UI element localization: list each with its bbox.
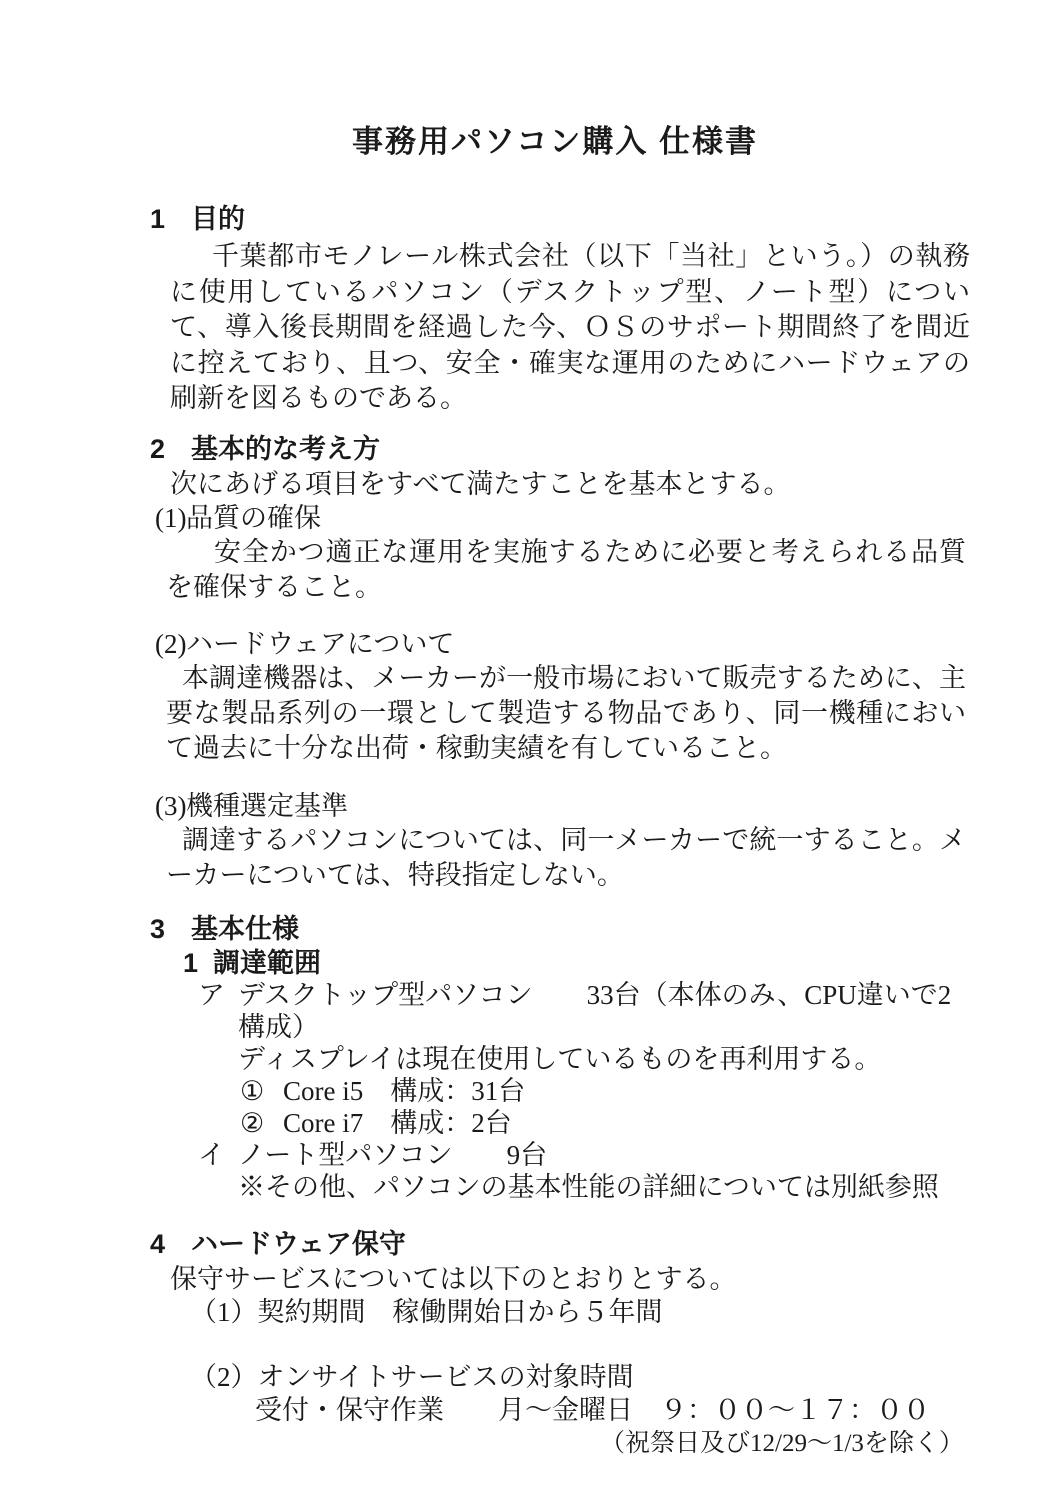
list-item: (2) ハードウェアについて 本調達機器は、メーカーが一般市場において販売するた… — [150, 627, 970, 766]
item-text: デスクトップ型パソコン 33台（本体のみ、CPU違いで2構成） — [238, 979, 970, 1043]
item-label: ア — [198, 979, 238, 1043]
item-label: （1） — [190, 1296, 258, 1329]
reference-note: ※その他、パソコンの基本性能の詳細については別紙参照 — [238, 1171, 970, 1203]
service-hours-line: 受付・保守作業 月～金曜日 ９：００～１７：００ — [255, 1394, 970, 1427]
subsection-heading-text: 調達範囲 — [213, 947, 321, 979]
list-item-desktop: ア デスクトップ型パソコン 33台（本体のみ、CPU違いで2構成） — [198, 979, 970, 1043]
section-4-hardware-maintenance: 4 ハードウェア保守 保守サービスについては以下のとおりとする。 （1） 契約期… — [150, 1229, 970, 1461]
list-item-core-i7: ② Core i7 構成：2台 — [240, 1107, 970, 1139]
section-1-heading: 1 目的 — [150, 204, 970, 234]
section-4-heading: 4 ハードウェア保守 — [150, 1229, 970, 1259]
list-item-contract-period: （1） 契約期間 稼働開始日から５年間 — [190, 1296, 970, 1329]
item-title: ハードウェアについて — [186, 627, 454, 661]
document-title: 事務用パソコン購入 仕様書 — [150, 122, 960, 162]
item-body: 本調達機器は、メーカーが一般市場において販売するために、主要な製品系列の一環とし… — [166, 661, 966, 766]
list-item: (3) 機種選定基準 調達するパソコンについては、同一メーカーで統一すること。メ… — [150, 789, 970, 893]
service-exclusion-note: （祝祭日及び12/29～1/3を除く） — [600, 1427, 970, 1461]
circled-number-1: ① — [240, 1075, 283, 1107]
section-heading-text: 目的 — [191, 204, 245, 234]
section-heading-text: 基本仕様 — [191, 914, 299, 944]
section-number: 3 — [150, 914, 191, 944]
section-3-subheading: 1 調達範囲 — [183, 947, 970, 979]
section-1-paragraph: 千葉都市モノレール株式会社（以下「当社」という。）の執務に使用しているパソコン（… — [170, 239, 970, 417]
item-label: (1) — [155, 501, 186, 535]
list-item-core-i5: ① Core i5 構成：31台 — [240, 1075, 970, 1107]
item-body: 安全かつ適正な運用を実施するために必要と考えられる品質を確保すること。 — [166, 535, 966, 605]
list-item-notebook: イ ノート型パソコン 9台 — [198, 1139, 970, 1171]
item-label: イ — [198, 1139, 238, 1171]
item-label: (3) — [155, 789, 186, 823]
item-1-title-row: (1) 品質の確保 — [155, 501, 970, 535]
section-3-heading: 3 基本仕様 — [150, 914, 970, 944]
item-body: 調達するパソコンについては、同一メーカーで統一すること。メーカーについては、特段… — [166, 823, 966, 893]
section-2-intro: 次にあげる項目をすべて満たすことを基本とする。 — [170, 467, 970, 501]
item-text: ノート型パソコン 9台 — [238, 1139, 547, 1171]
item-2-title-row: (2) ハードウェアについて — [155, 627, 970, 661]
desktop-display-note: ディスプレイは現在使用しているものを再利用する。 — [238, 1043, 970, 1075]
item-text: Core i5 構成：31台 — [283, 1075, 525, 1107]
section-4-intro: 保守サービスについては以下のとおりとする。 — [170, 1263, 970, 1296]
item-title: 品質の確保 — [186, 501, 321, 535]
document-page: 事務用パソコン購入 仕様書 1 目的 千葉都市モノレール株式会社（以下「当社」と… — [0, 0, 1058, 1497]
item-text: 契約期間 稼働開始日から５年間 — [258, 1296, 663, 1329]
section-number: 2 — [150, 434, 191, 464]
section-3-basic-spec: 3 基本仕様 1 調達範囲 ア デスクトップ型パソコン 33台（本体のみ、CPU… — [150, 914, 970, 1203]
list-item-onsite-service: （2） オンサイトサービスの対象時間 — [190, 1361, 970, 1394]
item-3-title-row: (3) 機種選定基準 — [155, 789, 970, 823]
item-text: オンサイトサービスの対象時間 — [258, 1361, 634, 1394]
subsection-number: 1 — [183, 947, 213, 979]
section-number: 1 — [150, 204, 191, 234]
section-2-heading: 2 基本的な考え方 — [150, 434, 970, 464]
section-2-basic-policy: 2 基本的な考え方 次にあげる項目をすべて満たすことを基本とする。 (1) 品質… — [150, 434, 970, 893]
item-label: (2) — [155, 627, 186, 661]
item-title: 機種選定基準 — [186, 789, 348, 823]
section-1-purpose: 1 目的 千葉都市モノレール株式会社（以下「当社」という。）の執務に使用している… — [150, 204, 970, 417]
section-heading-text: ハードウェア保守 — [191, 1229, 406, 1259]
section-number: 4 — [150, 1229, 191, 1259]
section-heading-text: 基本的な考え方 — [191, 434, 380, 464]
item-text: Core i7 構成：2台 — [283, 1107, 512, 1139]
item-label: （2） — [190, 1361, 258, 1394]
list-item: (1) 品質の確保 安全かつ適正な運用を実施するために必要と考えられる品質を確保… — [150, 501, 970, 605]
circled-number-2: ② — [240, 1107, 283, 1139]
